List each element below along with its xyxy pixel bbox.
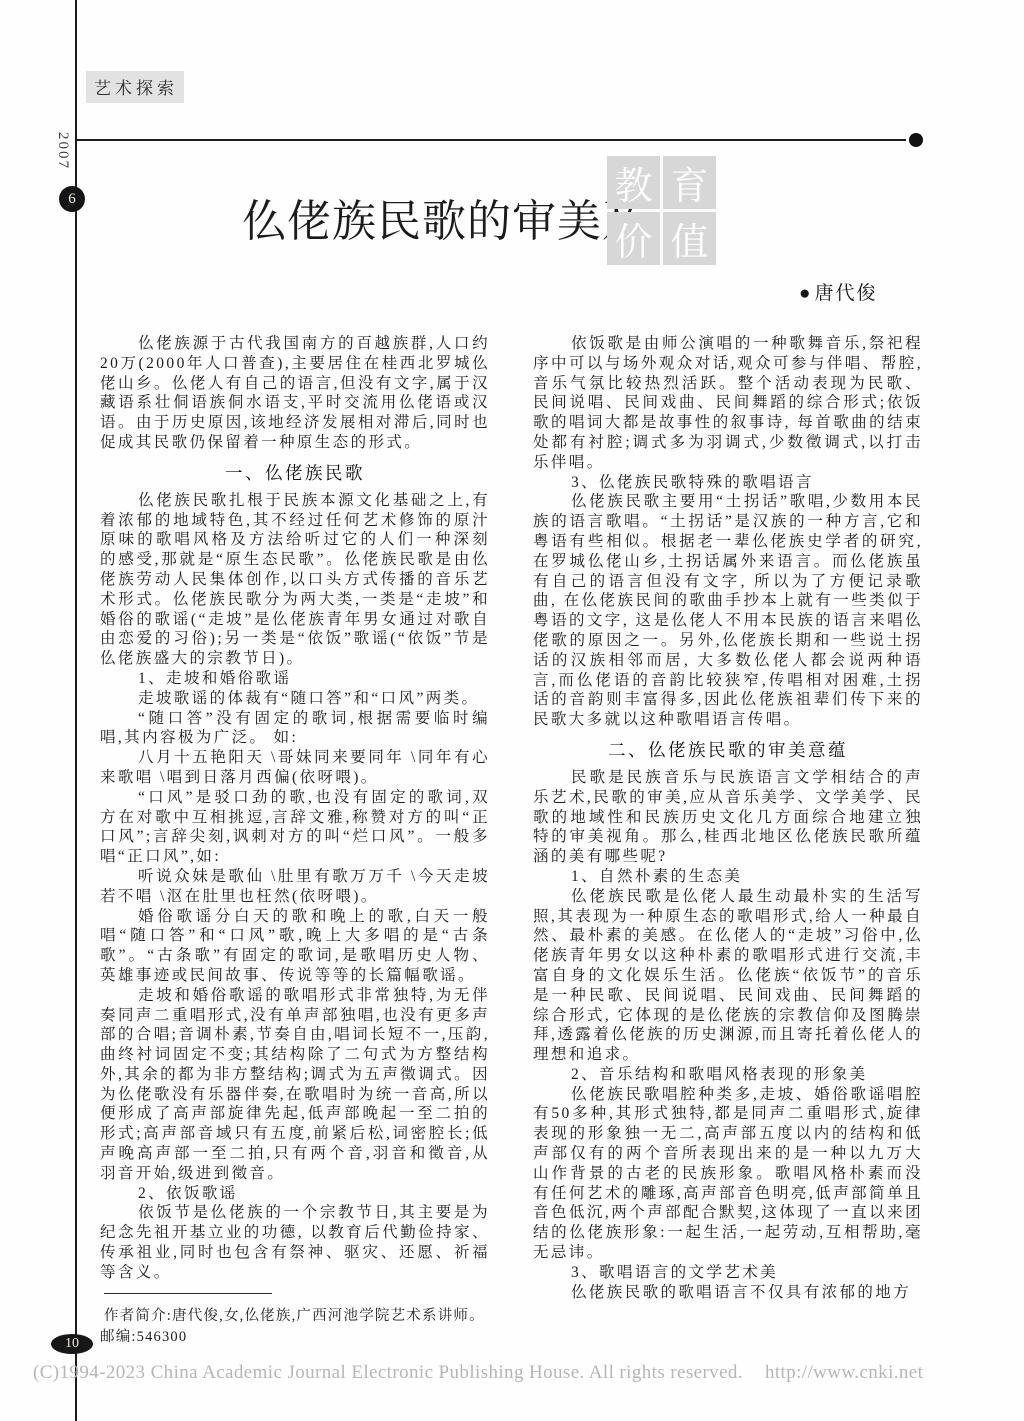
author-name: 唐代俊 <box>814 283 877 304</box>
paragraph: 仫佬族民歌唱腔种类多,走坡、婚俗歌谣唱腔有50多种,其形式独特,都是同声二重唱形… <box>533 1085 923 1263</box>
sub-heading: 1、走坡和婚俗歌谣 <box>100 669 490 689</box>
title-boxed-char: 值 <box>663 212 716 265</box>
header-rule <box>76 139 906 141</box>
section-heading: 二、仫佬族民歌的审美意蕴 <box>533 737 923 762</box>
section-heading: 一、仫佬族民歌 <box>100 460 490 485</box>
left-margin-rule <box>75 0 77 1421</box>
verse-line: 八月十五艳阳天 \哥妹同来要同年 \同年有心来歌唱 \唱到日落月西偏(依呀喂)。 <box>100 748 490 788</box>
paragraph: 依饭歌是由师公演唱的一种歌舞音乐,祭祀程序中可以与场外观众对话,观众可参与伴唱、… <box>533 334 923 473</box>
copyright-notice: (C)1994-2023 China Academic Journal Elec… <box>33 1362 923 1384</box>
sub-heading: 3、仫佬族民歌特殊的歌唱语言 <box>533 473 923 493</box>
right-column: 依饭歌是由师公演唱的一种歌舞音乐,祭祀程序中可以与场外观众对话,观众可参与伴唱、… <box>533 334 923 1302</box>
author-bullet-icon: ● <box>799 283 812 304</box>
footnote: 作者简介:唐代俊,女,仫佬族,广西河池学院艺术系讲师。邮编:546300 <box>100 1283 490 1346</box>
paragraph: 走坡和婚俗歌谣的歌唱形式非常独特,为无伴奏同声二重唱形式,没有单声部独唱,也没有… <box>100 986 490 1184</box>
paragraph: 仫佬族民歌主要用“土拐话”歌唱,少数用本民族的语言歌唱。“土拐话”是汉族的一种方… <box>533 492 923 730</box>
paragraph: 走坡歌谣的体裁有“随口答”和“口风”两类。 <box>100 689 490 709</box>
left-column: 仫佬族源于古代我国南方的百越族群,人口约20万(2000年人口普查),主要居住在… <box>100 334 490 1298</box>
year-label: 2007 <box>54 132 71 170</box>
paragraph: 依饭节是仫佬族的一个宗教节日,其主要是为纪念先祖开基立业的功德, 以教育后代勤俭… <box>100 1203 490 1282</box>
paragraph: 仫佬族民歌扎根于民族本源文化基础之上,有着浓郁的地域特色,其不经过任何艺术修饰的… <box>100 491 490 669</box>
copyright-text: (C)1994-2023 China Academic Journal Elec… <box>33 1362 743 1383</box>
footnote-divider <box>104 1293 272 1294</box>
title-box-grid: 教育价值 <box>607 156 716 265</box>
title-boxed-char: 价 <box>607 212 660 265</box>
paragraph: “口风”是驳口劲的歌,也没有固定的歌词,双方在对歌中互相挑逗,言辞文雅,称赞对方… <box>100 788 490 867</box>
author-bio-footnote: 作者简介:唐代俊,女,仫佬族,广西河池学院艺术系讲师。邮编:546300 <box>100 1304 490 1346</box>
cnki-url: http://www.cnki.net <box>765 1362 923 1383</box>
article-title: 仫佬族民歌的审美及 <box>242 185 647 249</box>
sub-heading: 3、歌唱语言的文学艺术美 <box>533 1263 923 1283</box>
paragraph: 仫佬族民歌是仫佬人最生动最朴实的生活写照,其表现为一种原生态的歌唱形式,给人一种… <box>533 887 923 1065</box>
sub-heading: 2、依饭歌谣 <box>100 1184 490 1204</box>
journal-page: 艺术探索 2007 6 仫佬族民歌的审美及 教育价值 ●唐代俊 仫佬族源于古代我… <box>0 0 1024 1421</box>
issue-badge: 6 <box>59 186 85 212</box>
paragraph: “随口答”没有固定的歌词,根据需要临时编唱,其内容极为广泛。 如: <box>100 709 490 749</box>
section-label: 艺术探索 <box>86 71 184 103</box>
header-rule-dot-icon <box>909 133 923 147</box>
article-body: 仫佬族源于古代我国南方的百越族群,人口约20万(2000年人口普查),主要居住在… <box>100 334 923 1302</box>
title-boxed-char: 教 <box>607 156 660 209</box>
sub-heading: 1、自然朴素的生态美 <box>533 867 923 887</box>
sub-heading: 2、音乐结构和歌唱风格表现的形象美 <box>533 1065 923 1085</box>
verse-line: 听说众妹是歌仙 \肚里有歌万万千 \今天走坡若不唱 \沤在肚里也枉然(依呀喂)。 <box>100 867 490 907</box>
paragraph: 婚俗歌谣分白天的歌和晚上的歌,白天一般唱“随口答”和“口风”歌,晚上大多唱的是“… <box>100 907 490 986</box>
author-byline: ●唐代俊 <box>799 278 878 305</box>
paragraph: 仫佬族源于古代我国南方的百越族群,人口约20万(2000年人口普查),主要居住在… <box>100 334 490 453</box>
title-boxed-char: 育 <box>663 156 716 209</box>
page-number-badge: 10 <box>51 1334 93 1354</box>
paragraph: 民歌是民族音乐与民族语言文学相结合的声乐艺术,民歌的审美,应从音乐美学、文学美学… <box>533 768 923 867</box>
paragraph: 仫佬族民歌的歌唱语言不仅具有浓郁的地方 <box>533 1283 923 1303</box>
